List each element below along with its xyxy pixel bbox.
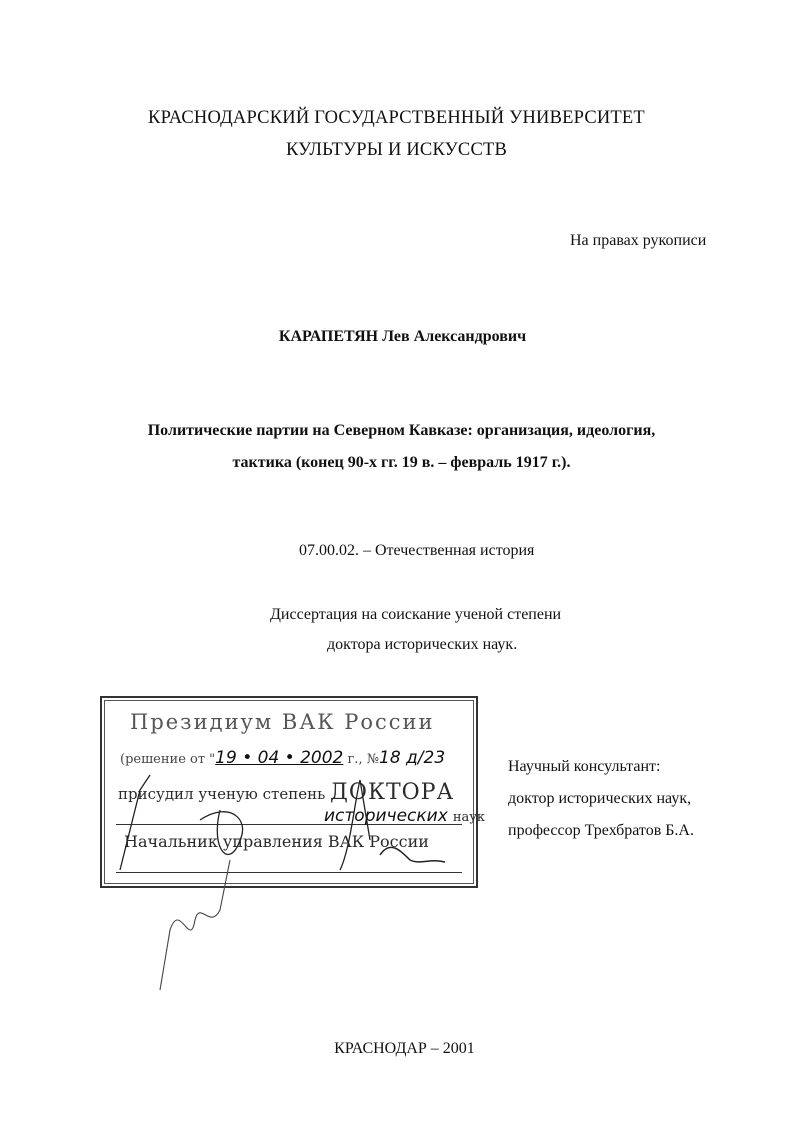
manuscript-note: На правах рукописи <box>570 232 706 250</box>
dissertation-title-line2: тактика (конец 90-х гг. 19 в. – февраль … <box>10 454 793 472</box>
degree-line1: Диссертация на соискание ученой степени <box>270 606 561 624</box>
consultant-line2: доктор исторических наук, <box>508 790 691 808</box>
specialty-code: 07.00.02. – Отечественная история <box>299 542 534 560</box>
dissertation-title-line1: Политические партии на Северном Кавказе:… <box>10 422 793 440</box>
university-name-line1: КРАСНОДАРСКИЙ ГОСУДАРСТВЕННЫЙ УНИВЕРСИТЕ… <box>0 108 793 129</box>
author-name: КАРАПЕТЯН Лев Александрович <box>12 328 793 346</box>
consultant-line1: Научный консультант: <box>508 758 660 776</box>
university-name-line2: КУЛЬТУРЫ И ИСКУССТВ <box>0 140 793 161</box>
consultant-line3: профессор Трехбратов Б.А. <box>508 822 694 840</box>
degree-line2: доктора исторических наук. <box>327 636 517 654</box>
signature-scribbles-icon <box>100 690 500 970</box>
city-year: КРАСНОДАР – 2001 <box>16 1040 793 1058</box>
